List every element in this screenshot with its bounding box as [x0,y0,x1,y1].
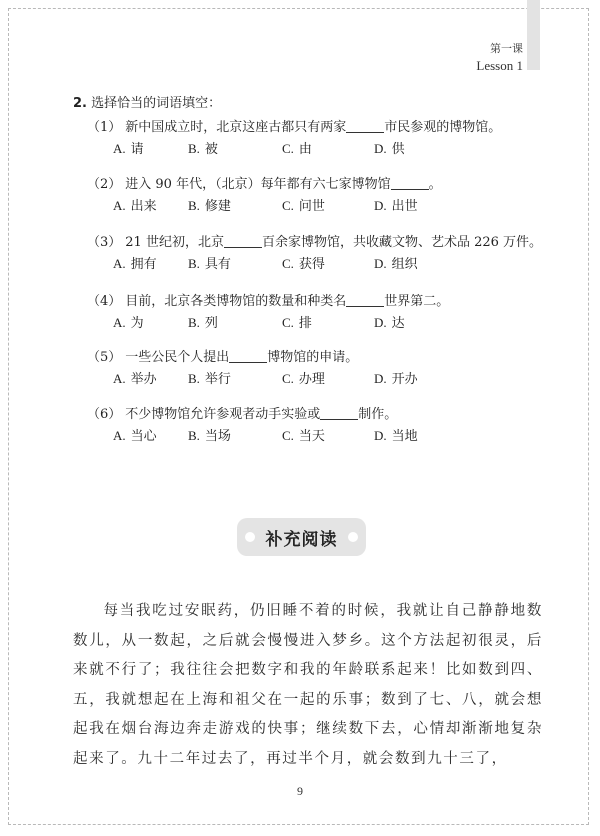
option-b[interactable]: B.被 [188,138,218,161]
question-item-3: （3）21 世纪初，北京百余家博物馆，共收藏文物、艺术品 226 万件。 A.拥… [87,233,542,275]
option-d[interactable]: D.组织 [374,253,418,276]
option-c[interactable]: C.排 [282,312,312,335]
option-d[interactable]: D.开办 [374,368,418,391]
option-d[interactable]: D.当地 [374,425,418,448]
stem-before: 不少博物馆允许参观者动手实验或 [125,407,320,422]
option-c[interactable]: C.获得 [282,253,325,276]
stem-after: 世界第二。 [384,294,449,309]
option-a[interactable]: A.请 [113,138,144,161]
option-a[interactable]: A.当心 [113,425,157,448]
question-item-5: （5）一些公民个人提出博物馆的申请。 A.举办 B.举行 C.办理 D.开办 [87,348,358,390]
question-item-6: （6）不少博物馆允许参观者动手实验或制作。 A.当心 B.当场 C.当天 D.当… [87,405,397,447]
question-stem: （6）不少博物馆允许参观者动手实验或制作。 [87,405,397,425]
reading-paragraph: 每当我吃过安眠药，仍旧睡不着的时候，我就让自己静静地数数儿，从一数起，之后就会慢… [73,597,543,774]
stem-before: 21 世纪初，北京 [125,235,224,250]
options-row: A.拥有 B.具有 C.获得 D.组织 [87,253,542,275]
stem-after: 博物馆的申请。 [267,350,358,365]
question-index: （4） [87,294,121,309]
supplementary-reading-badge: 补充阅读 [237,518,366,556]
option-b[interactable]: B.举行 [188,368,231,391]
answer-blank[interactable] [391,175,429,190]
lesson-title-en: Lesson 1 [476,57,523,74]
section-title: 补充阅读 [266,525,338,550]
options-row: A.出来 B.修建 C.问世 D.出世 [87,195,442,217]
stem-after: 市民参观的博物馆。 [384,120,501,135]
option-b[interactable]: B.列 [188,312,218,335]
stem-before: 目前，北京各类博物馆的数量和种类名 [125,294,346,309]
question-stem: （4）目前，北京各类博物馆的数量和种类名世界第二。 [87,292,449,312]
chapter-tab [527,0,540,70]
question-item-4: （4）目前，北京各类博物馆的数量和种类名世界第二。 A.为 B.列 C.排 D.… [87,292,449,334]
option-a[interactable]: A.为 [113,312,144,335]
stem-before: 一些公民个人提出 [125,350,229,365]
option-a[interactable]: A.出来 [113,195,157,218]
option-b[interactable]: B.当场 [188,425,231,448]
answer-blank[interactable] [224,233,262,248]
stem-after: 百余家博物馆，共收藏文物、艺术品 226 万件。 [262,235,542,250]
option-c[interactable]: C.由 [282,138,312,161]
option-d[interactable]: D.达 [374,312,405,335]
question-index: （2） [87,177,121,192]
question-item-2: （2）进入 90 年代，（北京）每年都有六七家博物馆。 A.出来 B.修建 C.… [87,175,442,217]
option-c[interactable]: C.办理 [282,368,325,391]
options-row: A.为 B.列 C.排 D.达 [87,312,449,334]
question-stem: （5）一些公民个人提出博物馆的申请。 [87,348,358,368]
page-number: 9 [0,784,600,799]
lesson-title-cn: 第一课 [476,40,523,57]
option-d[interactable]: D.供 [374,138,405,161]
badge-hole-left [245,532,255,542]
running-header: 第一课 Lesson 1 [476,40,523,74]
option-a[interactable]: A.拥有 [113,253,157,276]
badge-hole-right [348,532,358,542]
answer-blank[interactable] [320,405,358,420]
stem-before: 新中国成立时，北京这座古都只有两家 [125,120,346,135]
options-row: A.举办 B.举行 C.办理 D.开办 [87,368,358,390]
question-index: （6） [87,407,121,422]
exercise-number: 2. [73,96,87,111]
question-stem: （2）进入 90 年代，（北京）每年都有六七家博物馆。 [87,175,442,195]
question-index: （1） [87,120,121,135]
option-a[interactable]: A.举办 [113,368,157,391]
stem-after: 。 [429,177,442,192]
answer-blank[interactable] [346,292,384,307]
stem-before: 进入 90 年代，（北京）每年都有六七家博物馆 [125,177,390,192]
question-item-1: （1）新中国成立时，北京这座古都只有两家市民参观的博物馆。 A.请 B.被 C.… [87,118,501,160]
question-stem: （1）新中国成立时，北京这座古都只有两家市民参观的博物馆。 [87,118,501,138]
option-c[interactable]: C.当天 [282,425,325,448]
stem-after: 制作。 [358,407,397,422]
question-index: （3） [87,235,121,250]
question-index: （5） [87,350,121,365]
option-c[interactable]: C.问世 [282,195,325,218]
exercise-heading: 2. 选择恰当的词语填空： [73,92,221,111]
option-b[interactable]: B.修建 [188,195,231,218]
option-d[interactable]: D.出世 [374,195,418,218]
exercise-instruction: 选择恰当的词语填空： [91,96,221,111]
options-row: A.当心 B.当场 C.当天 D.当地 [87,425,397,447]
answer-blank[interactable] [229,348,267,363]
reading-passage: 每当我吃过安眠药，仍旧睡不着的时候，我就让自己静静地数数儿，从一数起，之后就会慢… [73,597,543,774]
answer-blank[interactable] [346,118,384,133]
options-row: A.请 B.被 C.由 D.供 [87,138,501,160]
question-stem: （3）21 世纪初，北京百余家博物馆，共收藏文物、艺术品 226 万件。 [87,233,542,253]
option-b[interactable]: B.具有 [188,253,231,276]
